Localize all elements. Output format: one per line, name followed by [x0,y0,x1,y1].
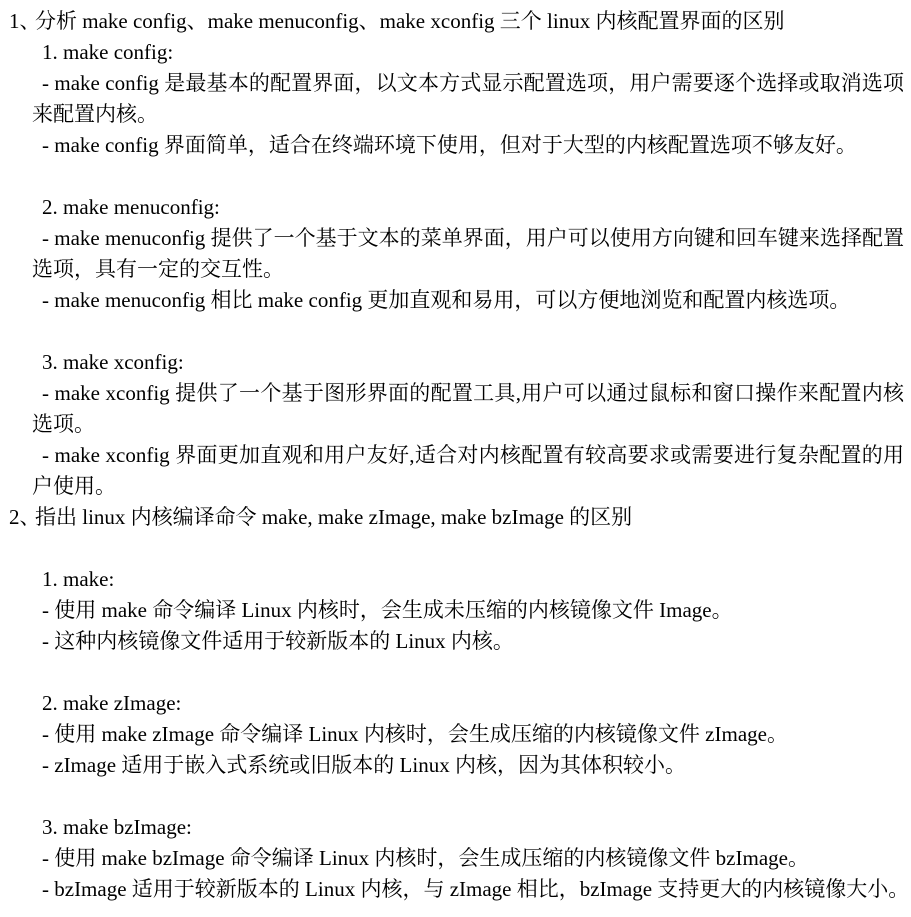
blank-line [0,781,911,812]
answer-line: - make menuconfig 提供了一个基于文本的菜单界面，用户可以使用方… [0,223,911,254]
blank-line [0,161,911,192]
answer-line: - 使用 make 命令编译 Linux 内核时，会生成未压缩的内核镜像文件 I… [0,595,911,626]
question-1-heading: 1、 分析 make config、make menuconfig、make x… [0,6,911,37]
question-title: 分析 make config、make menuconfig、make xcon… [35,9,784,33]
answer-line: - 这种内核镜像文件适用于较新版本的 Linux 内核。 [0,626,911,657]
answer-line: - make config 是最基本的配置界面，以文本方式显示配置选项，用户需要… [0,68,911,99]
blank-line [0,657,911,688]
answer-line: 1. make: [0,564,911,595]
question-2: 2、 指出 linux 内核编译命令 make, make zImage, ma… [0,502,911,905]
blank-line [0,533,911,564]
answer-line: - 使用 make zImage 命令编译 Linux 内核时，会生成压缩的内核… [0,719,911,750]
question-1: 1、 分析 make config、make menuconfig、make x… [0,6,911,502]
answer-line: 3. make xconfig: [0,347,911,378]
question-number: 1、 [9,6,41,37]
question-number: 2、 [9,502,41,533]
answer-line: - bzImage 适用于较新版本的 Linux 内核，与 zImage 相比，… [0,874,911,905]
document-page: 1、 分析 make config、make menuconfig、make x… [0,0,911,905]
answer-line: 2. make zImage: [0,688,911,719]
answer-line: - make menuconfig 相比 make config 更加直观和易用… [0,285,911,316]
blank-line [0,316,911,347]
answer-line: 3. make bzImage: [0,812,911,843]
answer-line-continuation: 选项，具有一定的交互性。 [0,254,911,285]
answer-line: - zImage 适用于嵌入式系统或旧版本的 Linux 内核，因为其体积较小。 [0,750,911,781]
answer-line: 2. make menuconfig: [0,192,911,223]
answer-line: 1. make config: [0,37,911,68]
answer-line: - 使用 make bzImage 命令编译 Linux 内核时，会生成压缩的内… [0,843,911,874]
answer-line: - make xconfig 提供了一个基于图形界面的配置工具,用户可以通过鼠标… [0,378,911,409]
question-2-heading: 2、 指出 linux 内核编译命令 make, make zImage, ma… [0,502,911,533]
answer-line-continuation: 户使用。 [0,471,911,502]
answer-line-continuation: 选项。 [0,409,911,440]
answer-line: - make config 界面简单，适合在终端环境下使用，但对于大型的内核配置… [0,130,911,161]
question-title: 指出 linux 内核编译命令 make, make zImage, make … [35,505,632,529]
answer-line: - make xconfig 界面更加直观和用户友好,适合对内核配置有较高要求或… [0,440,911,471]
answer-line-continuation: 来配置内核。 [0,99,911,130]
